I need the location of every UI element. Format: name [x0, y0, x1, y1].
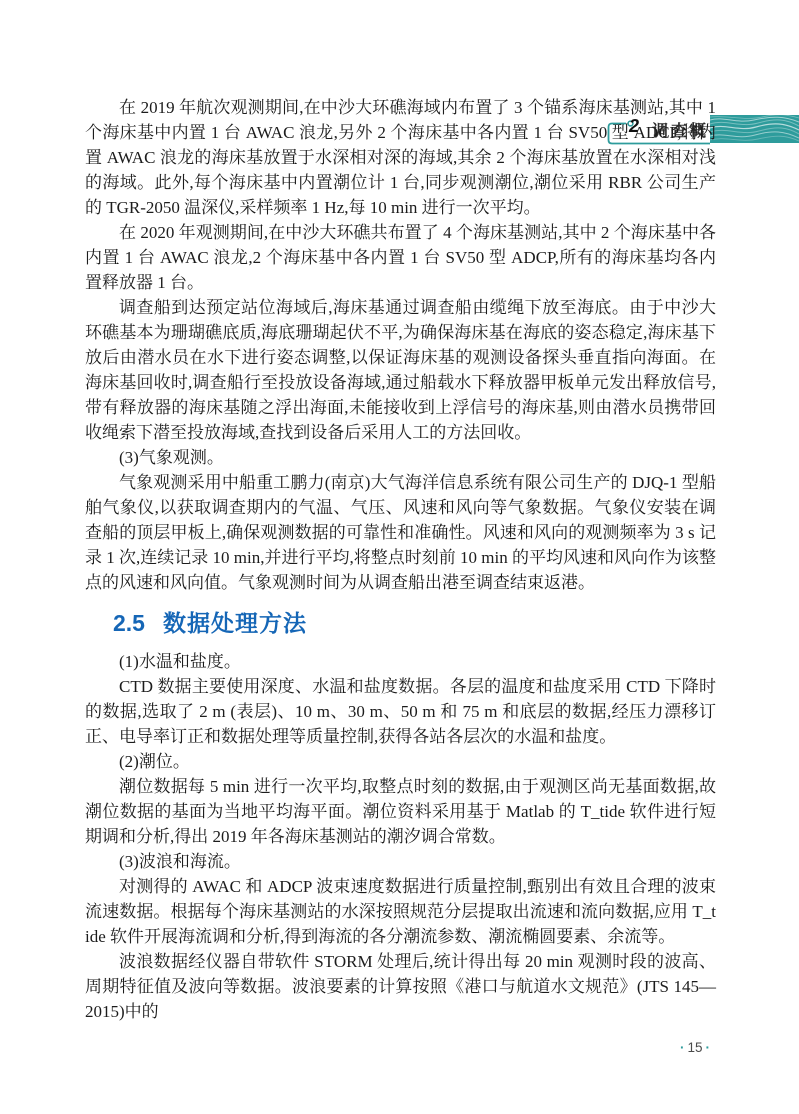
- paragraph: 气象观测采用中船重工鹏力(南京)大气海洋信息系统有限公司生产的 DJQ-1 型船…: [85, 470, 716, 595]
- paragraph: CTD 数据主要使用深度、水温和盐度数据。各层的温度和盐度采用 CTD 下降时的…: [85, 674, 716, 749]
- document-page: 2 调查概况 在 2019 年航次观测期间,在中沙大环礁海域内布置了 3 个锚系…: [0, 0, 799, 1114]
- paragraph: 波浪数据经仪器自带软件 STORM 处理后,统计得出每 20 min 观测时段的…: [85, 949, 716, 1024]
- page-number-dot: ·: [706, 1040, 711, 1055]
- section-number: 2.5: [113, 610, 145, 636]
- paragraph: 对测得的 AWAC 和 ADCP 波束速度数据进行质量控制,甄别出有效且合理的波…: [85, 874, 716, 949]
- paragraph: (3)波浪和海流。: [85, 849, 716, 874]
- wave-band-icon: [710, 115, 799, 143]
- paragraph: 在 2020 年观测期间,在中沙大环礁共布置了 4 个海床基测站,其中 2 个海…: [85, 220, 716, 295]
- paragraph: 调查船到达预定站位海域后,海床基通过调查船由缆绳下放至海底。由于中沙大环礁基本为…: [85, 295, 716, 445]
- paragraph: (2)潮位。: [85, 749, 716, 774]
- paragraph: (1)水温和盐度。: [85, 649, 716, 674]
- page-number: 15: [687, 1040, 702, 1055]
- paragraph: 在 2019 年航次观测期间,在中沙大环礁海域内布置了 3 个锚系海床基测站,其…: [85, 95, 716, 220]
- section-title: 数据处理方法: [163, 610, 307, 636]
- page-footer: ·15·: [0, 1040, 713, 1055]
- paragraph: 潮位数据每 5 min 进行一次平均,取整点时刻的数据,由于观测区尚无基面数据,…: [85, 774, 716, 849]
- section-heading: 2.5数据处理方法: [113, 610, 716, 636]
- page-number-dot: ·: [680, 1040, 685, 1055]
- chapter-header: 2 调查概况: [0, 56, 799, 90]
- page-content: 在 2019 年航次观测期间,在中沙大环礁海域内布置了 3 个锚系海床基测站,其…: [85, 95, 716, 1024]
- paragraph: (3)气象观测。: [85, 445, 716, 470]
